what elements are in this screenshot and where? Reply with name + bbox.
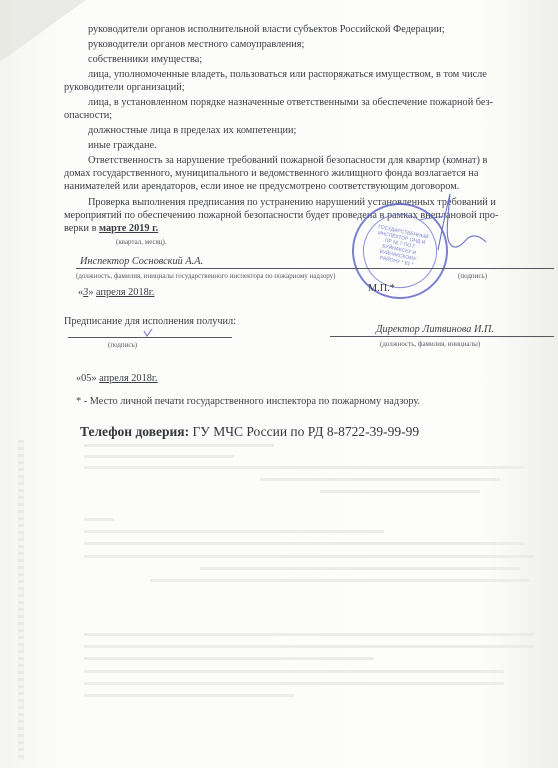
inspection-period: марте 2019 г. (99, 223, 158, 234)
recipient-label: Предписание для исполнения получил: (64, 316, 236, 328)
footnote: * - Место личной печати государственного… (76, 396, 420, 408)
recipient-date: «05» апреля 2018г. (76, 373, 158, 385)
list-item-continuation: опасности; (64, 110, 112, 122)
recipient-name-line (330, 336, 554, 337)
inspector-name: Инспектор Сосновский А.А. (80, 256, 203, 268)
list-item: лица, в установленном порядке назначенны… (88, 97, 493, 109)
recipient-name-caption: (должность, фамилия, инициалы) (380, 338, 480, 350)
hotline-value: ГУ МЧС России по РД 8-8722-39-99-99 (189, 424, 419, 439)
inspection-prefix: верки в (64, 223, 99, 234)
inspector-signature-line (76, 268, 554, 269)
folded-corner (0, 0, 86, 62)
inspector-signature-caption: (подпись) (458, 270, 487, 282)
list-item: собственники имущества; (88, 54, 202, 66)
inspector-date: «3» апреля 2018г. (78, 287, 154, 299)
list-item: руководители органов исполнительной влас… (88, 24, 445, 36)
responsibility-line: домах государственного, муниципального и… (64, 168, 478, 180)
recipient-signature-mark (142, 328, 154, 338)
hotline: Телефон доверия: ГУ МЧС России по РД 8-8… (80, 424, 419, 440)
list-item: руководители органов местного самоуправл… (88, 39, 304, 51)
recipient-signature-caption: (подпись) (108, 339, 137, 351)
date-month-year: апреля 2018г. (96, 287, 154, 298)
responsibility-line: нанимателей или арендаторов, если иное н… (64, 181, 459, 193)
recipient-name: Директор Литвинова И.П. (376, 324, 494, 336)
responsibility-line: Ответственность за нарушение требований … (88, 155, 487, 167)
inspector-caption: (должность, фамилия, инициалы государств… (76, 270, 335, 282)
list-item-continuation: руководители организаций; (64, 82, 185, 94)
inspector-signature (408, 190, 488, 270)
list-item: лица, уполномоченные владеть, пользовать… (88, 69, 487, 81)
document-page: руководители органов исполнительной влас… (0, 0, 558, 768)
hotline-label: Телефон доверия: (80, 424, 189, 439)
list-item: должностные лица в пределах их компетенц… (88, 125, 296, 137)
inspection-period-line: верки в марте 2019 г. (64, 223, 158, 235)
period-caption: (квартал, месяц). (116, 236, 167, 248)
binding-edge (18, 440, 24, 760)
stamp-place-mark: М.П.* (368, 283, 395, 295)
list-item: иные граждане. (88, 140, 157, 152)
